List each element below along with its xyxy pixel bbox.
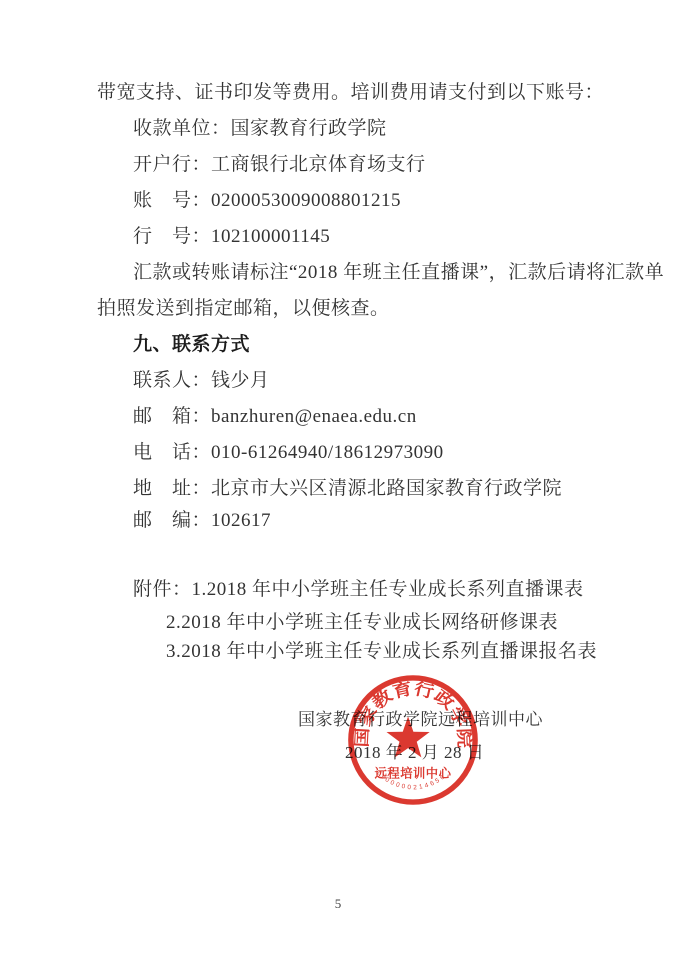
seal-serial: 1100000214656: [375, 769, 447, 791]
section-heading-contact: 九、联系方式: [133, 332, 250, 358]
attachments-line: 附件：1.2018 年中小学班主任专业成长系列直播课表: [133, 577, 584, 603]
attachment-item-1: 1.2018 年中小学班主任专业成长系列直播课表: [192, 579, 584, 600]
remit-note-line-2: 拍照发送到指定邮箱，以便核查。: [97, 296, 390, 322]
postcode-line: 邮 编：102617: [133, 508, 271, 534]
remit-note-line-1: 汇款或转账请标注“2018 年班主任直播课”，汇款后请将汇款单: [133, 260, 664, 286]
signature-date: 2018 年 2 月 28 日: [345, 740, 484, 766]
account-number-line: 账 号：0200053009008801215: [133, 188, 401, 214]
phone-line: 电 话：010-61264940/18612973090: [133, 440, 444, 466]
attachment-item-2: 2.2018 年中小学班主任专业成长网络研修课表: [166, 610, 558, 636]
email-line: 邮 箱：banzhuren@enaea.edu.cn: [133, 404, 417, 430]
signature-org: 国家教育行政学院远程培训中心: [298, 707, 543, 733]
address-line: 地 址：北京市大兴区清源北路国家教育行政学院: [133, 476, 562, 502]
seal-center-text: 远程培训中心: [375, 765, 452, 780]
bank-code-line: 行 号：102100001145: [133, 224, 330, 250]
attachments-label: 附件：: [133, 579, 192, 600]
document-page: 带宽支持、证书印发等费用。培训费用请支付到以下账号： 收款单位：国家教育行政学院…: [0, 0, 676, 956]
seal-serial-holder: 1100000214656: [375, 769, 447, 791]
attachment-item-3: 3.2018 年中小学班主任专业成长系列直播课报名表: [166, 639, 597, 665]
contact-person-line: 联系人：钱少月: [133, 368, 270, 394]
intro-line: 带宽支持、证书印发等费用。培训费用请支付到以下账号：: [97, 80, 604, 106]
page-number: 5: [0, 896, 676, 912]
bank-line: 开户行：工商银行北京体育场支行: [133, 152, 426, 178]
payee-line: 收款单位：国家教育行政学院: [133, 116, 387, 142]
